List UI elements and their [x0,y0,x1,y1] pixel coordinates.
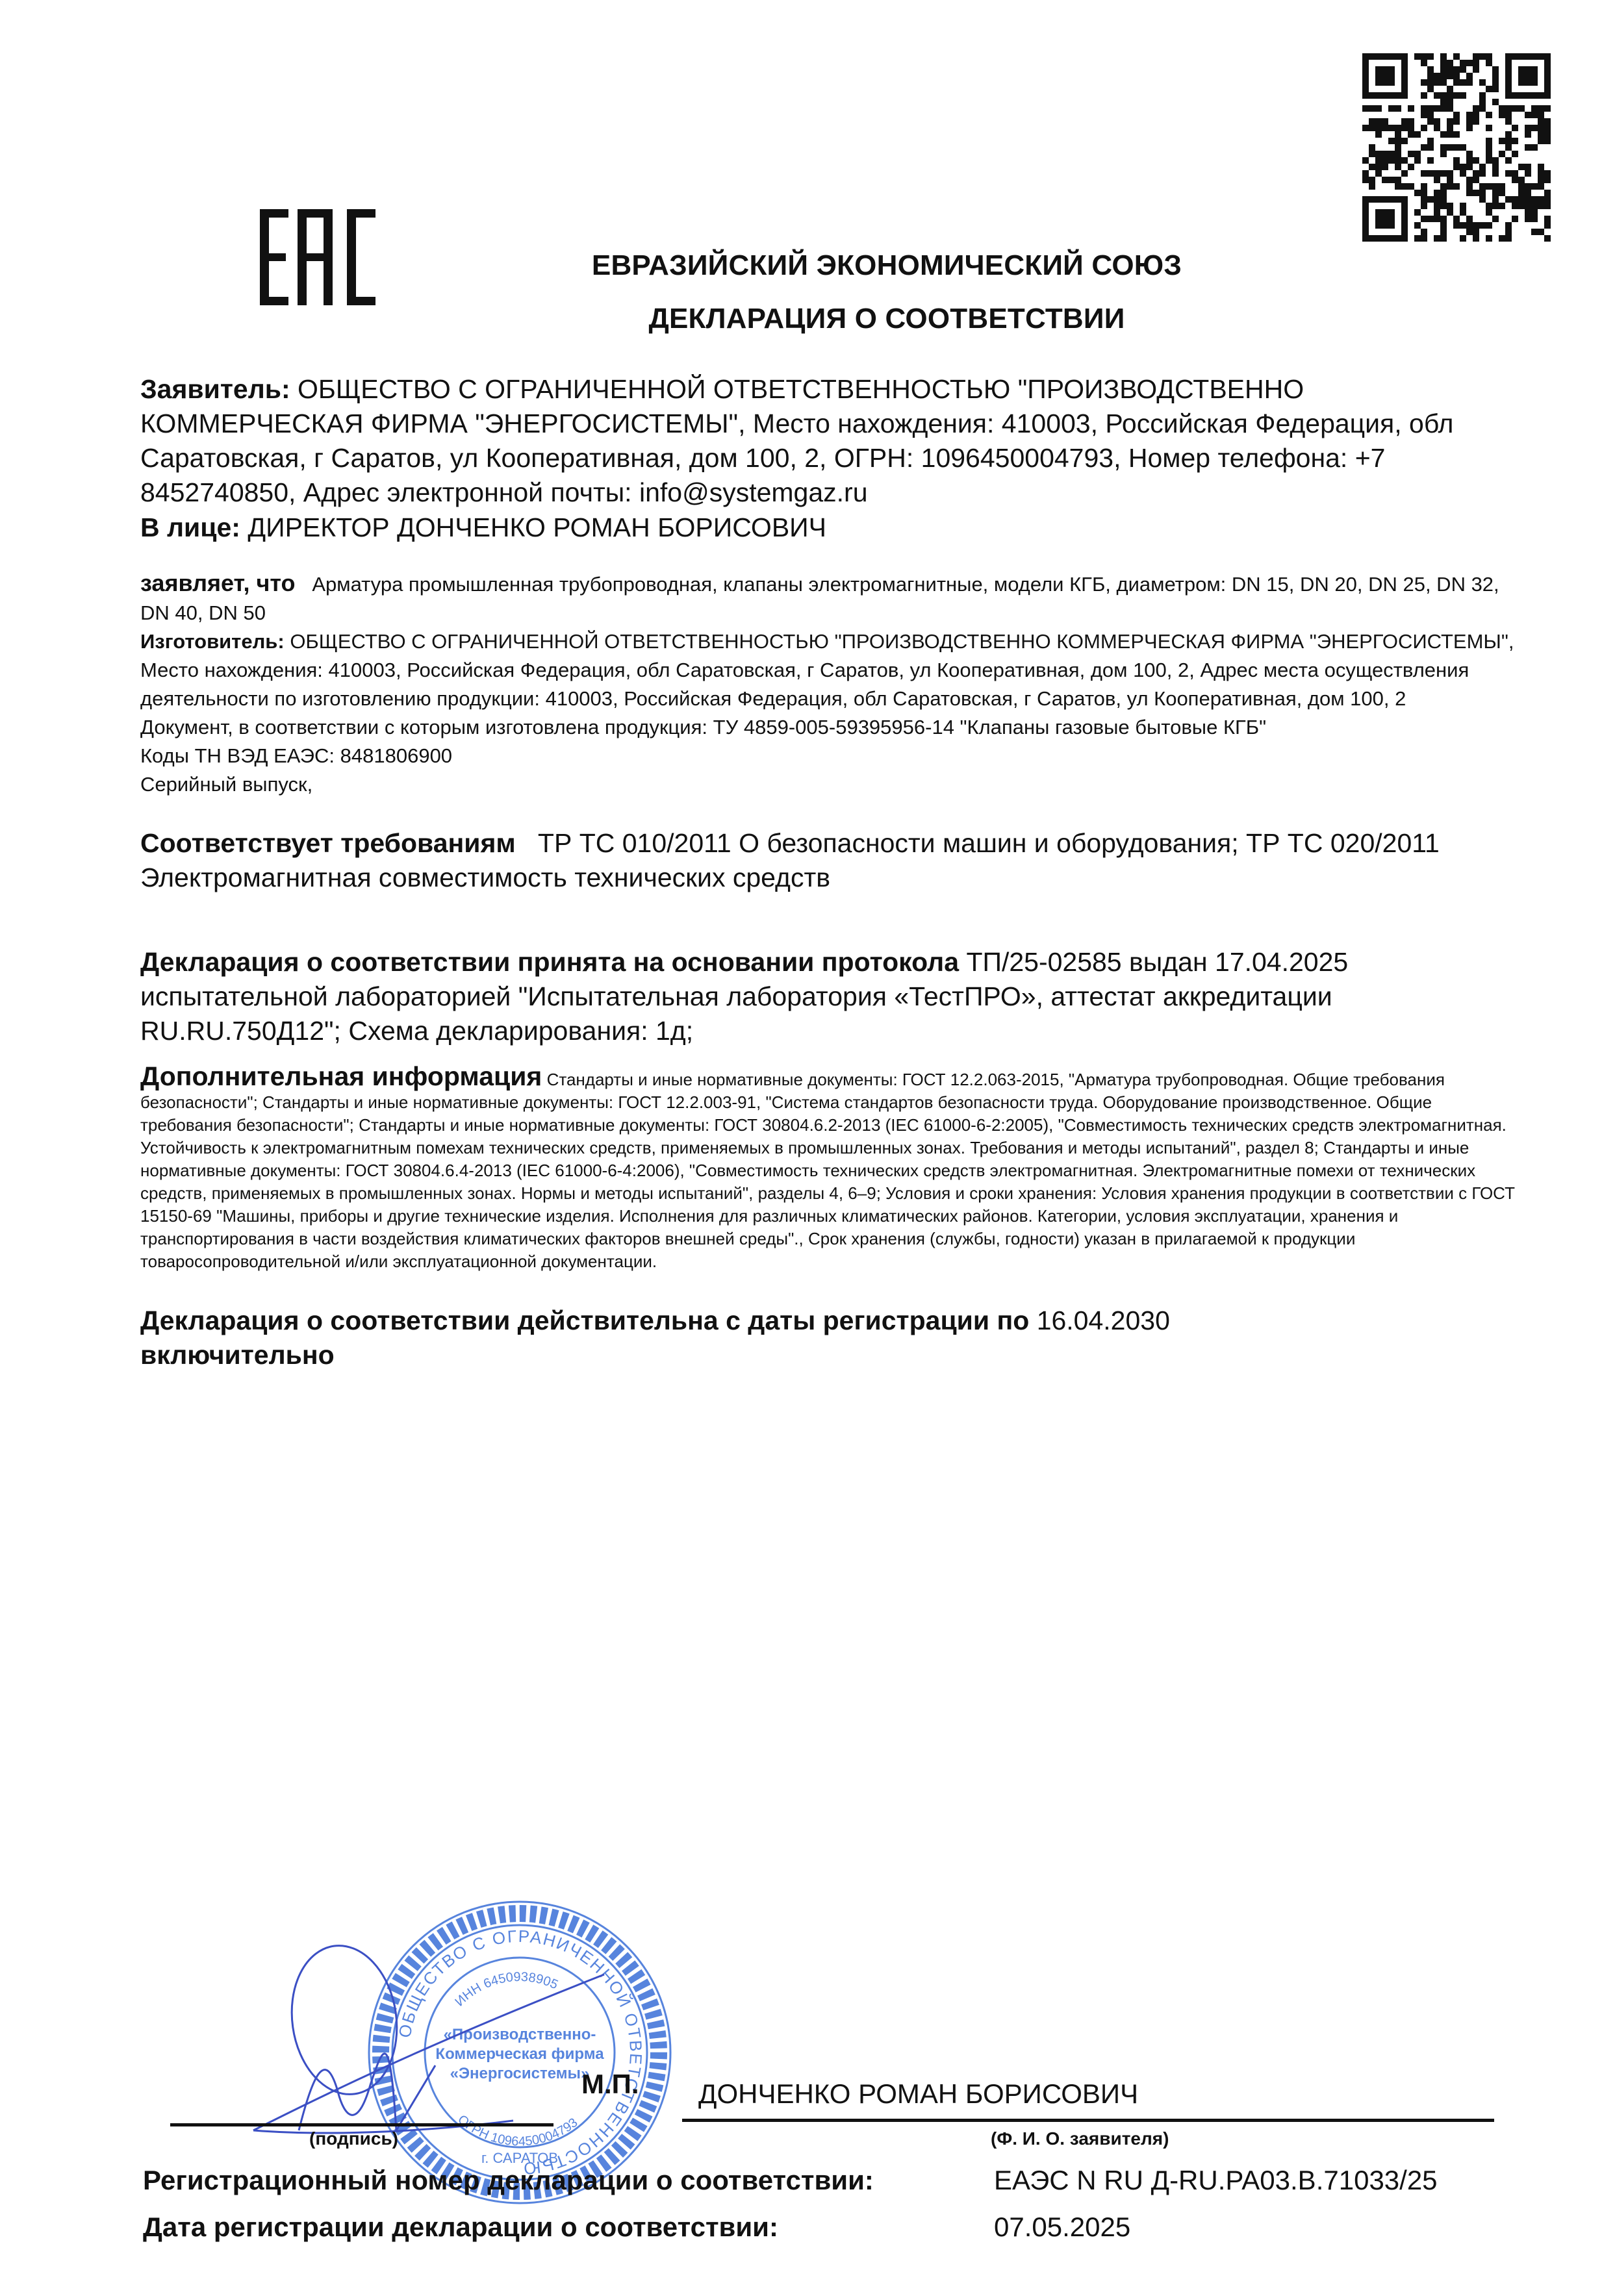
union-title: ЕВРАЗИЙСКИЙ ЭКОНОМИЧЕСКИЙ СОЮЗ [364,249,1410,282]
additional-info-section: Дополнительная информация Стандарты и ин… [140,1063,1524,1273]
registration-number-label: Регистрационный номер декларации о соотв… [143,2165,874,2196]
eac-mark-icon [260,209,375,305]
representative-label: В лице: [140,512,240,542]
registration-date-value: 07.05.2025 [994,2212,1130,2243]
applicant-label: Заявитель: [140,374,290,404]
declaration-section: заявляет, что Арматура промышленная труб… [140,569,1524,799]
requirements-label: Соответствует требованиям [140,828,516,858]
representative-section: В лице: ДИРЕКТОР ДОНЧЕНКО РОМАН БОРИСОВИ… [140,511,1524,545]
series-text: Серийный выпуск, [140,770,1524,799]
customs-codes: Коды ТН ВЭД ЕАЭС: 8481806900 [140,742,1524,770]
applicant-text: ОБЩЕСТВО С ОГРАНИЧЕННОЙ ОТВЕТСТВЕННОСТЬЮ… [140,374,1453,507]
qr-code-icon [1362,53,1551,242]
document-title: ДЕКЛАРАЦИЯ О СООТВЕТСТВИИ [364,303,1410,335]
handwritten-signature [240,1936,630,2150]
qr-code [1362,53,1551,242]
signature-caption: (подпись) [309,2128,398,2149]
seal-place-label: М.П. [581,2069,639,2100]
validity-label-end: включительно [140,1340,335,1370]
signer-name: ДОНЧЕНКО РОМАН БОРИСОВИЧ [698,2078,1138,2110]
additional-info-label: Дополнительная информация [140,1061,542,1091]
additional-info-text: Стандарты и иные нормативные документы: … [140,1070,1515,1271]
protocol-section: Декларация о соответствии принята на осн… [140,945,1524,1048]
validity-date: 16.04.2030 [1037,1306,1170,1335]
document-basis: Документ, в соответствии с которым изгот… [140,713,1524,742]
signature-line [170,2123,553,2126]
validity-section: Декларация о соответствии действительна … [140,1304,1524,1372]
validity-label: Декларация о соответствии действительна … [140,1306,1029,1335]
representative-text: ДИРЕКТОР ДОНЧЕНКО РОМАН БОРИСОВИЧ [248,512,826,542]
product-text: Арматура промышленная трубопроводная, кл… [140,573,1499,624]
signature-scribble-icon [240,1936,630,2150]
manufacturer-label: Изготовитель: [140,630,285,653]
manufacturer-paragraph: Изготовитель: ОБЩЕСТВО С ОГРАНИЧЕННОЙ ОТ… [140,627,1524,713]
manufacturer-text: ОБЩЕСТВО С ОГРАНИЧЕННОЙ ОТВЕТСТВЕННОСТЬЮ… [140,630,1514,710]
product-paragraph: заявляет, что Арматура промышленная труб… [140,569,1524,627]
registration-date-label: Дата регистрации декларации о соответств… [143,2212,778,2243]
eac-logo [260,209,375,305]
name-line [682,2119,1494,2122]
requirements-section: Соответствует требованиям ТР ТС 010/2011… [140,826,1524,895]
protocol-label: Декларация о соответствии принята на осн… [140,947,959,977]
svg-text:г. САРАТОВ: г. САРАТОВ [481,2150,558,2166]
applicant-section: Заявитель: ОБЩЕСТВО С ОГРАНИЧЕННОЙ ОТВЕТ… [140,372,1524,510]
registration-number-value: ЕАЭС N RU Д-RU.PA03.B.71033/25 [994,2165,1438,2196]
name-caption: (Ф. И. О. заявителя) [991,2128,1169,2149]
declares-label: заявляет, что [140,570,296,596]
